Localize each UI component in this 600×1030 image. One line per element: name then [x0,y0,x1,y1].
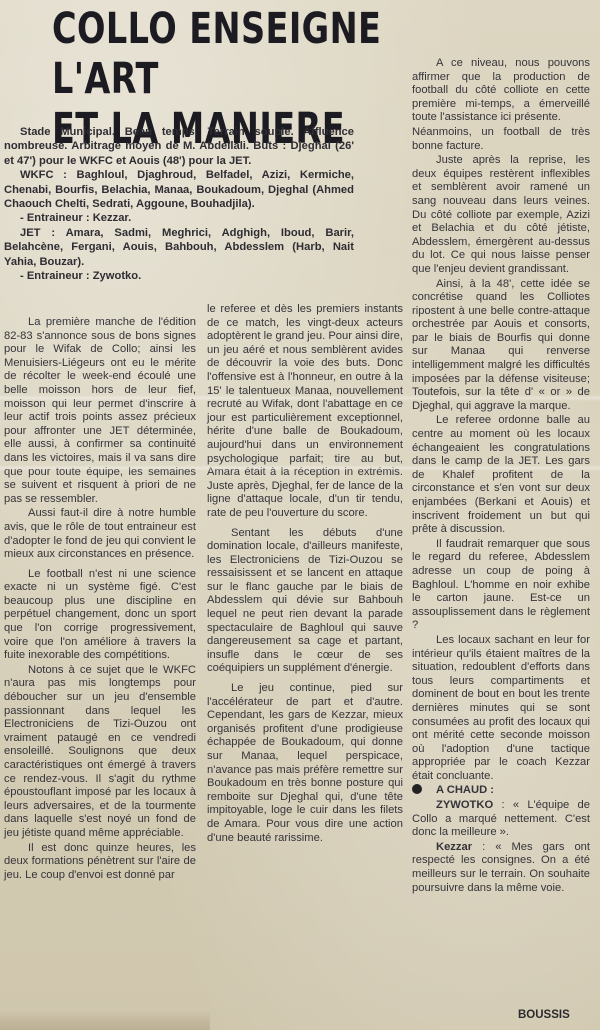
paragraph: Sentant les débuts d'une domination loca… [207,527,403,677]
quote-zywotko: ZYWOTKO : « L'équipe de Collo a marqué n… [412,799,590,840]
wkfc-lineup: WKFC : Baghloul, Djaghroud, Belfadel, Az… [4,168,354,211]
paper-shadow [0,1010,210,1030]
paragraph: Le referee ordonne balle au centre au mo… [412,414,590,536]
paragraph: La première manche de l'édition 82-83 s'… [4,316,196,506]
paper-fold [0,395,600,401]
aside-heading: A CHAUD : [412,784,590,798]
paragraph: Juste après la reprise, les deux équipes… [412,154,590,276]
column-3: A ce niveau, nous pouvons affirmer que l… [412,57,590,896]
paragraph: Aussi faut-il dire à notre humble avis, … [4,507,196,561]
paper-fold [0,465,600,471]
quote-speaker: ZYWOTKO [436,799,493,811]
paragraph: Les locaux sachant en leur for intérieur… [412,634,590,784]
newspaper-clipping: COLLO ENSEIGNE L'ART ET LA MANIERE Stade… [0,0,600,1030]
bullet-icon [412,784,422,794]
paragraph: le referee et dès les premiers instants … [207,303,403,521]
column-2: le referee et dès les premiers instants … [207,303,403,846]
match-info: Stade Municipal. Beau temps. Terrain sou… [4,125,354,168]
paragraph: Notons à ce sujet que le WKFC n'aura pas… [4,664,196,841]
headline-line-1: COLLO ENSEIGNE L'ART [52,4,458,104]
paragraph: Le football n'est ni une science exacte … [4,568,196,663]
aside-title: A CHAUD : [436,784,494,796]
paragraph: Ainsi, à la 48', cette idée se concrétis… [412,278,590,414]
jet-coach: - Entraineur : Zywotko. [4,269,354,283]
column-1: La première manche de l'édition 82-83 s'… [4,316,196,883]
quote-kezzar: Kezzar : « Mes gars ont respecté les con… [412,841,590,895]
paragraph: A ce niveau, nous pouvons affirmer que l… [412,57,590,125]
paragraph: Néanmoins, un football de très bonne fac… [412,126,590,153]
paragraph: Il faudrait remarquer que sous le regard… [412,538,590,633]
quote-speaker: Kezzar [436,841,472,853]
author-byline: BOUSSIS [518,1009,570,1021]
paragraph: Il est donc quinze heures, les deux form… [4,842,196,883]
paragraph: Le jeu continue, pied sur l'accélérateur… [207,682,403,845]
jet-lineup: JET : Amara, Sadmi, Meghrici, Adghigh, I… [4,226,354,269]
match-summary: Stade Municipal. Beau temps. Terrain sou… [4,125,354,283]
wkfc-coach: - Entraineur : Kezzar. [4,211,354,225]
